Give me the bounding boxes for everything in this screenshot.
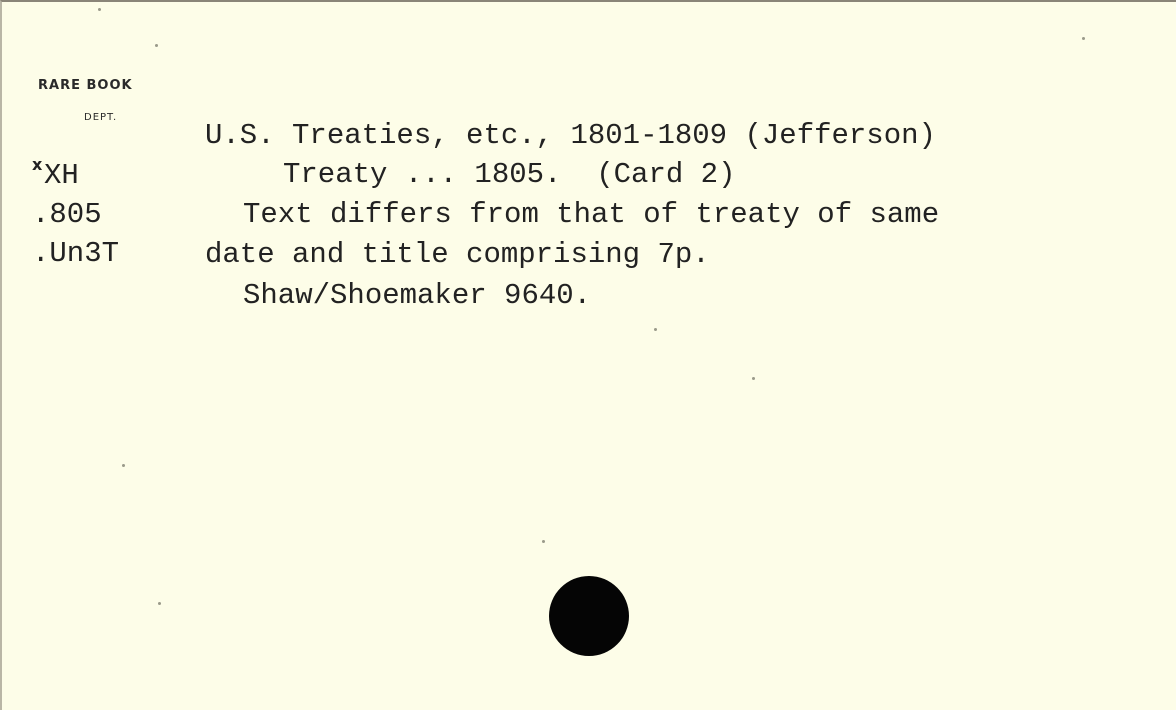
entry-reference: Shaw/Shoemaker 9640.: [243, 281, 591, 310]
paper-speck: [158, 602, 161, 605]
paper-speck: [122, 464, 125, 467]
stamp-dept: DEPT.: [84, 112, 117, 123]
paper-speck: [1082, 37, 1085, 40]
entry-note-line-2: date and title comprising 7p.: [205, 240, 710, 269]
entry-title: Treaty ... 1805. (Card 2): [283, 160, 735, 189]
paper-speck: [752, 377, 755, 380]
stamp-rare-book: RARE BOOK: [38, 78, 133, 93]
paper-speck: [98, 8, 101, 11]
call-number-line-2: .805: [32, 200, 102, 229]
paper-speck: [542, 540, 545, 543]
catalog-card: RARE BOOK DEPT. x XH .805 .Un3T U.S. Tre…: [0, 0, 1176, 710]
entry-note-line-1: Text differs from that of treaty of same: [243, 200, 939, 229]
punch-hole: [549, 576, 629, 656]
paper-speck: [654, 328, 657, 331]
call-number-line-1: XH: [44, 161, 79, 190]
entry-heading: U.S. Treaties, etc., 1801-1809 (Jefferso…: [205, 121, 936, 150]
paper-speck: [155, 44, 158, 47]
call-number-mark: x: [32, 155, 42, 174]
call-number-line-3: .Un3T: [32, 239, 119, 268]
